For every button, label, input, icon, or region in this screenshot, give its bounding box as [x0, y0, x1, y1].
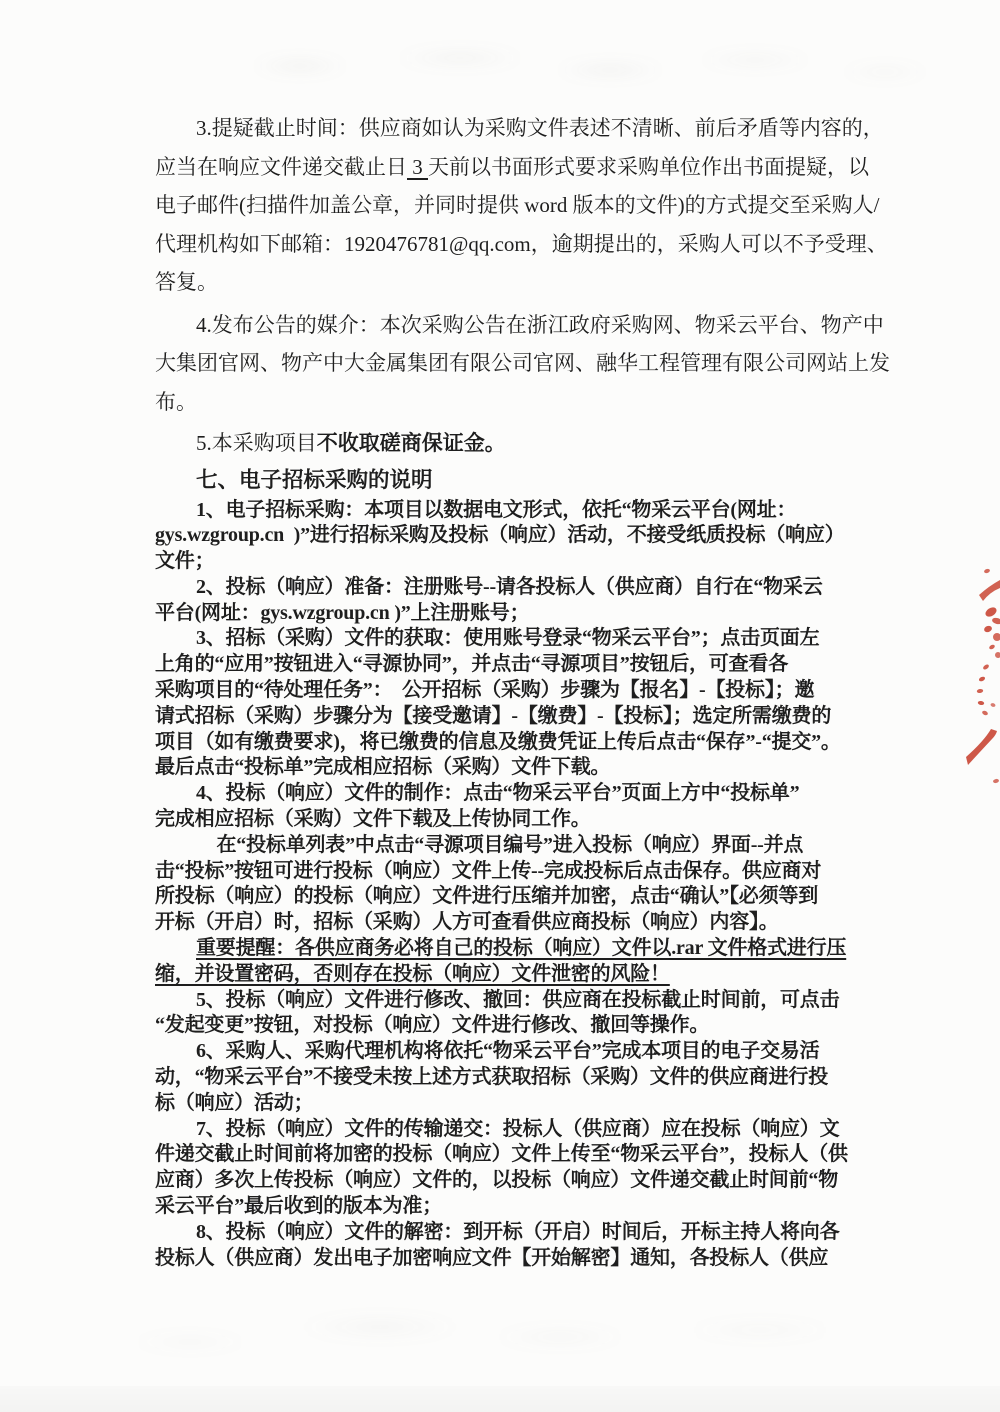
text-segment: 文件；: [155, 550, 214, 572]
text-line: 7、投标（响应）文件的传输递交：投标人（供应商）应在投标（响应）文: [155, 1117, 867, 1143]
text-line: 4.发布公告的媒介：本次采购公告在浙江政府采购网、物采云平台、物产中: [155, 306, 867, 345]
text-line: gys.wzgroup.cn )”进行招标采购及投标（响应）活动，不接受纸质投标…: [155, 523, 867, 549]
text-segment: 布。: [155, 390, 197, 414]
text-segment: 3.提疑截止时间：供应商如认为采购文件表述不清晰、前后矛盾等内容的，: [196, 116, 884, 140]
text-line: 3、招标（采购）文件的获取：使用账号登录“物采云平台”；点击页面左: [155, 626, 867, 652]
text-segment: 1、电子招标采购：本项目以数据电文形式，依托“物采云平台(网址：: [196, 499, 796, 521]
text-line: 代理机构如下邮箱：1920476781@qq.com，逾期提出的，采购人可以不予…: [155, 225, 867, 264]
text-segment: 8、投标（响应）文件的解密：到开标（开启）时间后，开标主持人将向各: [196, 1221, 839, 1243]
text-segment: 答复。: [155, 270, 218, 294]
text-line: 请式招标（采购）步骤分为【接受邀请】-【缴费】-【投标】；选定所需缴费的: [155, 704, 867, 730]
text-line: 答复。: [155, 263, 867, 302]
text-segment: 平台(网址：gys.wzgroup.cn )”上注册账号；: [155, 602, 529, 624]
text-segment: 采购项目的“待处理任务”： 公开招标（采购）步骤为【报名】-【投标】；邀: [155, 679, 814, 701]
text-line: 件递交截止时间前将加密的投标（响应）文件上传至“物采云平台”，投标人（供: [155, 1142, 867, 1168]
text-segment: 3: [407, 155, 428, 179]
text-line: 2、投标（响应）准备：注册账号--请各投标人（供应商）自行在“物采云: [155, 575, 867, 601]
text-segment: 请式招标（采购）步骤分为【接受邀请】-【缴费】-【投标】；选定所需缴费的: [155, 705, 831, 727]
text-segment: 上角的“应用”按钮进入“寻源协同”，并点击“寻源项目”按钮后，可查看各: [155, 653, 788, 675]
text-segment: 3、招标（采购）文件的获取：使用账号登录“物采云平台”；点击页面左: [196, 627, 819, 649]
text-segment: 重要提醒：各供应商务必将自己的投标（响应）文件以.rar 文件格式进行压: [196, 937, 846, 959]
text-segment: 大集团官网、物产中大金属集团有限公司官网、融华工程管理有限公司网站上发: [155, 351, 890, 375]
text-segment: 采云平台”最后收到的版本为准；: [155, 1195, 442, 1217]
text-line: 应商）多次上传投标（响应）文件的，以投标（响应）文件递交截止时间前“物: [155, 1168, 867, 1194]
text-line: 1、电子招标采购：本项目以数据电文形式，依托“物采云平台(网址：: [155, 498, 867, 524]
text-segment: 七、电子招标采购的说明: [196, 468, 433, 492]
text-segment: “发起变更”按钮，对投标（响应）文件进行修改、撤回等操作。: [155, 1014, 709, 1036]
text-line: 项目（如有缴费要求)，将已缴费的信息及缴费凭证上传后点击“保存”-“提交”。: [155, 730, 867, 756]
text-line: 完成相应招标（采购）文件下载及上传协同工作。: [155, 807, 867, 833]
text-segment: gys.wzgroup.cn )”进行招标采购及投标（响应）活动，不接受纸质投标…: [155, 524, 845, 546]
text-line: 最后点击“投标单”完成相应招标（采购）文件下载。: [155, 755, 867, 781]
text-segment: 应当在响应文件递交截止日: [155, 155, 407, 179]
scan-bleedthrough-bottom: [0, 1282, 1000, 1374]
text-segment: 件递交截止时间前将加密的投标（响应）文件上传至“物采云平台”，投标人（供: [155, 1143, 848, 1165]
text-segment: 动，“物采云平台”不接受未按上述方式获取招标（采购）文件的供应商进行投: [155, 1066, 828, 1088]
text-line: 采云平台”最后收到的版本为准；: [155, 1194, 867, 1220]
text-line: 在“投标单列表”中点击“寻源项目编号”进入投标（响应）界面--并点: [155, 833, 867, 859]
text-segment: 项目（如有缴费要求)，将已缴费的信息及缴费凭证上传后点击“保存”-“提交”。: [155, 731, 841, 753]
text-segment: 2、投标（响应）准备：注册账号--请各投标人（供应商）自行在“物采云: [196, 576, 823, 598]
text-segment: 4.发布公告的媒介：本次采购公告在浙江政府采购网、物采云平台、物产中: [196, 313, 884, 337]
text-line: 采购项目的“待处理任务”： 公开招标（采购）步骤为【报名】-【投标】；邀: [155, 678, 867, 704]
scan-bleedthrough-top: [0, 18, 1000, 102]
text-line: 应当在响应文件递交截止日 3 天前以书面形式要求采购单位作出书面提疑，以: [155, 148, 867, 187]
red-seal-stamp-icon: [966, 555, 1000, 793]
document-body: 3.提疑截止时间：供应商如认为采购文件表述不清晰、前后矛盾等内容的，应当在响应文…: [155, 109, 867, 1271]
text-segment: 标（响应）活动；: [155, 1092, 313, 1114]
text-line: 电子邮件(扫描件加盖公章，并同时提供 word 版本的文件)的方式提交至采购人/: [155, 186, 867, 225]
text-line: 6、采购人、采购代理机构将依托“物采云平台”完成本项目的电子交易活: [155, 1039, 867, 1065]
text-line: 平台(网址：gys.wzgroup.cn )”上注册账号；: [155, 601, 867, 627]
text-line: 5.本采购项目不收取磋商保证金。: [155, 424, 867, 463]
text-segment: 缩，并设置密码，否则存在投标（响应）文件泄密的风险！: [155, 963, 670, 985]
text-line: “发起变更”按钮，对投标（响应）文件进行修改、撤回等操作。: [155, 1013, 867, 1039]
text-line: 投标人（供应商）发出电子加密响应文件【开始解密】通知，各投标人（供应: [155, 1246, 867, 1272]
text-segment: 电子邮件(扫描件加盖公章，并同时提供 word 版本的文件)的方式提交至采购人/: [155, 193, 879, 217]
text-segment: 在“投标单列表”中点击“寻源项目编号”进入投标（响应）界面--并点: [217, 834, 804, 856]
text-segment: 开标（开启）时，招标（采购）人方可查看供应商投标（响应）内容】。: [155, 911, 779, 933]
text-line: 重要提醒：各供应商务必将自己的投标（响应）文件以.rar 文件格式进行压: [155, 936, 867, 962]
text-segment: 6、采购人、采购代理机构将依托“物采云平台”完成本项目的电子交易活: [196, 1040, 819, 1062]
text-line: 5、投标（响应）文件进行修改、撤回：供应商在投标截止时间前，可点击: [155, 988, 867, 1014]
text-line: 上角的“应用”按钮进入“寻源协同”，并点击“寻源项目”按钮后，可查看各: [155, 652, 867, 678]
text-segment: 不收取磋商保证金。: [317, 431, 506, 455]
document-page: 3.提疑截止时间：供应商如认为采购文件表述不清晰、前后矛盾等内容的，应当在响应文…: [0, 0, 1000, 1412]
text-segment: 最后点击“投标单”完成相应招标（采购）文件下载。: [155, 756, 610, 778]
text-line: 文件；: [155, 549, 867, 575]
text-segment: 所投标（响应）的投标（响应）文件进行压缩并加密，点击“确认”【必须等到: [155, 885, 818, 907]
text-segment: 7、投标（响应）文件的传输递交：投标人（供应商）应在投标（响应）文: [196, 1118, 839, 1140]
text-line: 七、电子招标采购的说明: [155, 463, 867, 498]
text-segment: 应商）多次上传投标（响应）文件的，以投标（响应）文件递交截止时间前“物: [155, 1169, 838, 1191]
text-line: 布。: [155, 383, 867, 422]
text-line: 动，“物采云平台”不接受未按上述方式获取招标（采购）文件的供应商进行投: [155, 1065, 867, 1091]
text-segment: 4、投标（响应）文件的制作：点击“物采云平台”页面上方中“投标单”: [196, 782, 799, 804]
text-segment: 击“投标”按钮可进行投标（响应）文件上传--完成投标后点击保存。供应商对: [155, 860, 821, 882]
text-segment: 天前以书面形式要求采购单位作出书面提疑，以: [428, 155, 869, 179]
text-line: 击“投标”按钮可进行投标（响应）文件上传--完成投标后点击保存。供应商对: [155, 859, 867, 885]
text-segment: 5、投标（响应）文件进行修改、撤回：供应商在投标截止时间前，可点击: [196, 989, 839, 1011]
text-line: 4、投标（响应）文件的制作：点击“物采云平台”页面上方中“投标单”: [155, 781, 867, 807]
text-line: 大集团官网、物产中大金属集团有限公司官网、融华工程管理有限公司网站上发: [155, 344, 867, 383]
text-line: 标（响应）活动；: [155, 1091, 867, 1117]
text-segment: 完成相应招标（采购）文件下载及上传协同工作。: [155, 808, 591, 830]
text-segment: 代理机构如下邮箱：1920476781@qq.com，逾期提出的，采购人可以不予…: [155, 232, 888, 256]
text-line: 8、投标（响应）文件的解密：到开标（开启）时间后，开标主持人将向各: [155, 1220, 867, 1246]
text-line: 开标（开启）时，招标（采购）人方可查看供应商投标（响应）内容】。: [155, 910, 867, 936]
text-line: 缩，并设置密码，否则存在投标（响应）文件泄密的风险！: [155, 962, 867, 988]
text-line: 所投标（响应）的投标（响应）文件进行压缩并加密，点击“确认”【必须等到: [155, 884, 867, 910]
text-segment: 5.本采购项目: [196, 431, 317, 455]
text-line: 3.提疑截止时间：供应商如认为采购文件表述不清晰、前后矛盾等内容的，: [155, 109, 867, 148]
text-segment: 投标人（供应商）发出电子加密响应文件【开始解密】通知，各投标人（供应: [155, 1247, 828, 1269]
scan-edge-shadow: [0, 1386, 1000, 1412]
